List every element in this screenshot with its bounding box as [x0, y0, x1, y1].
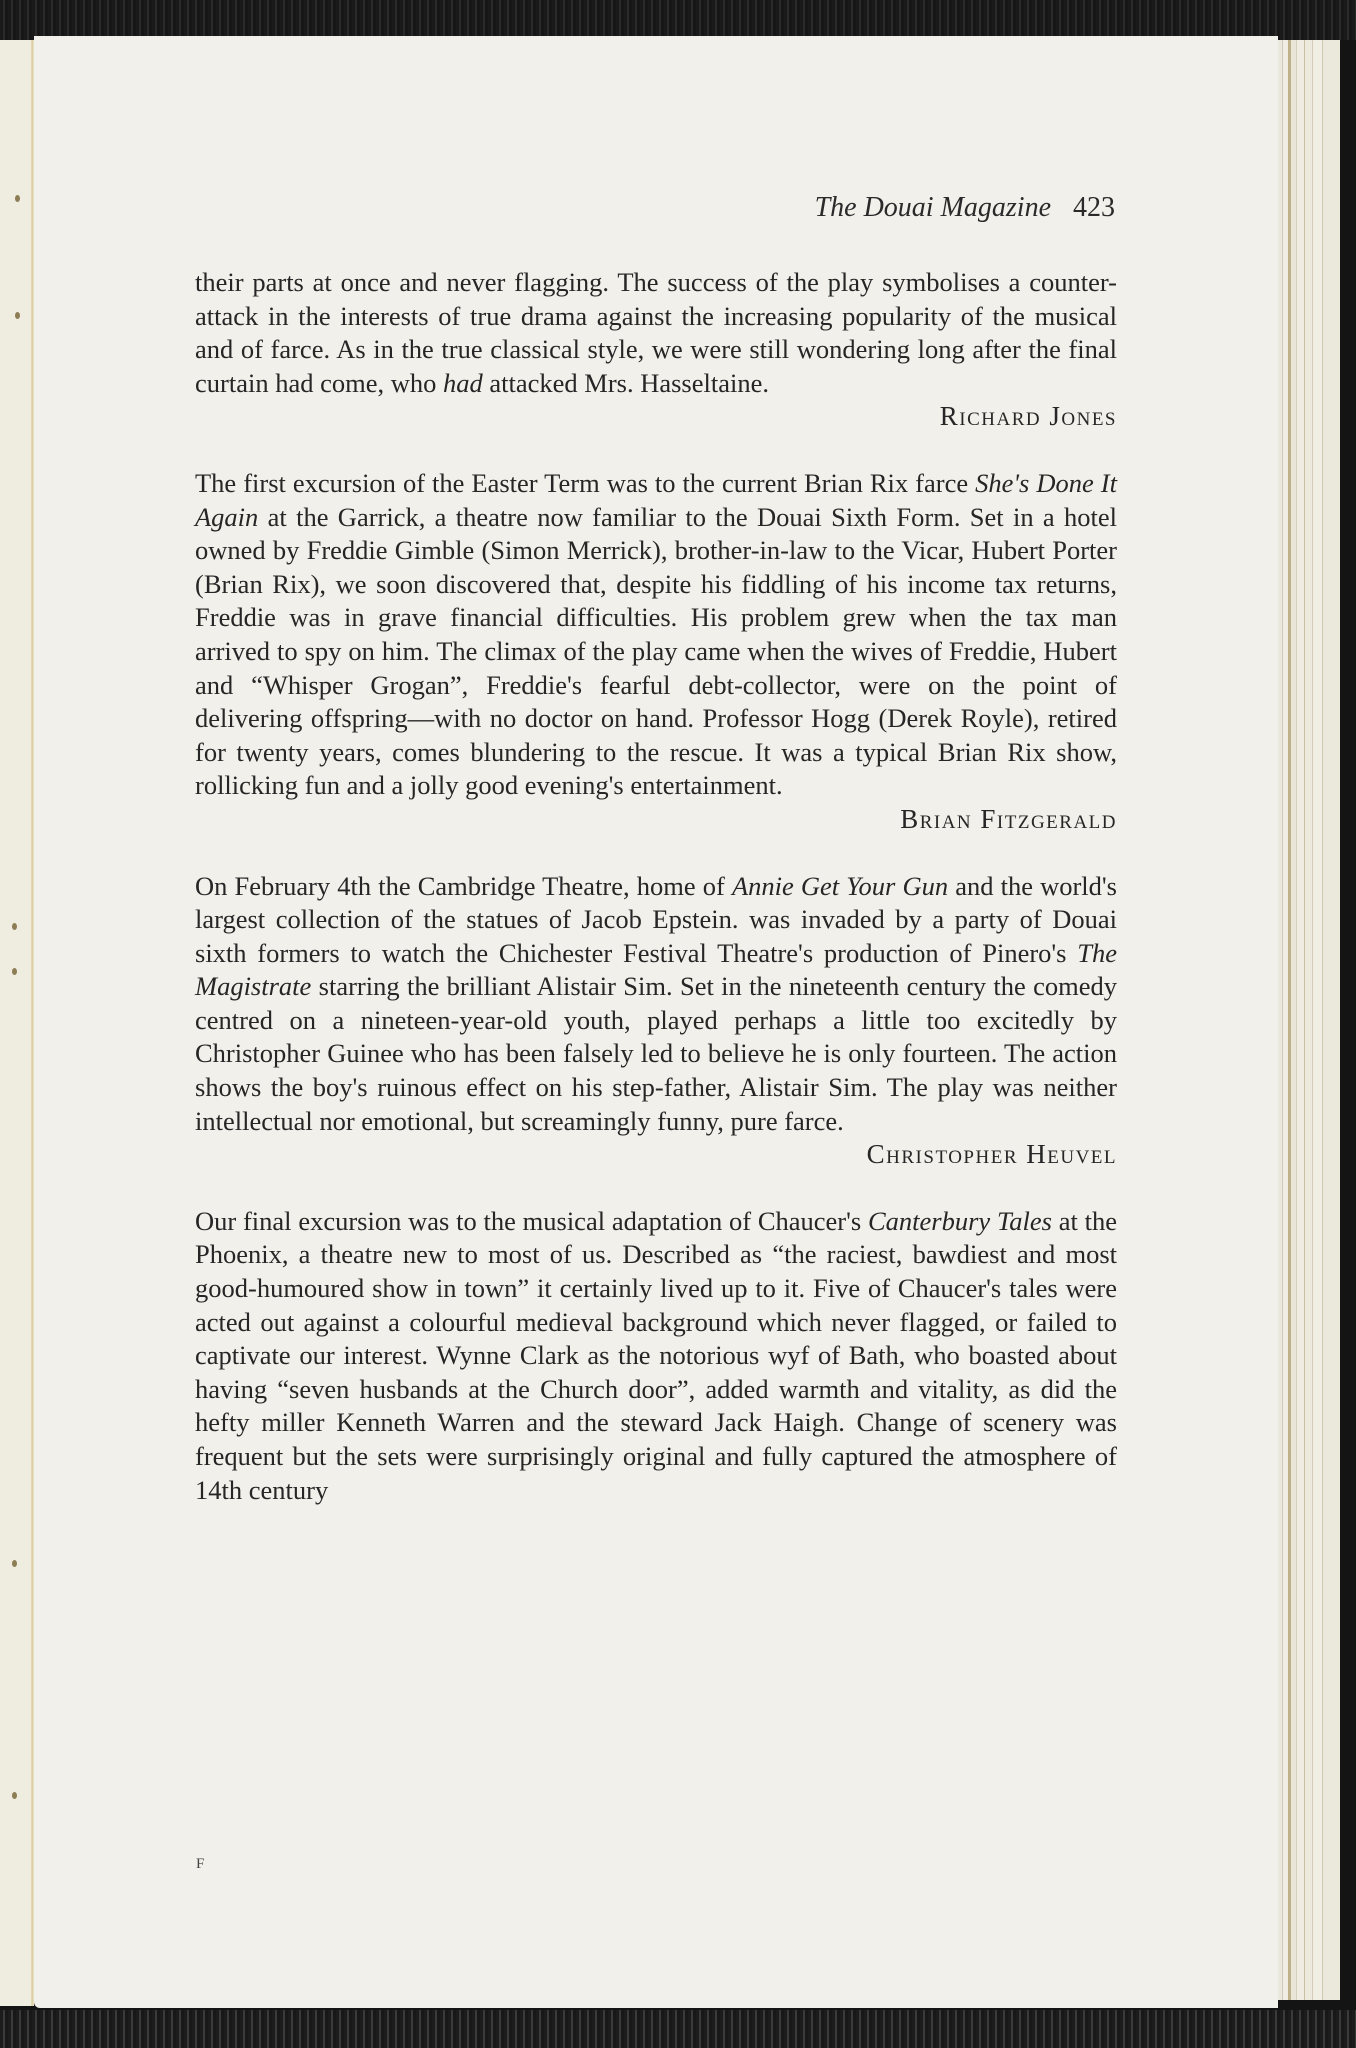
book-cover-bottom	[0, 2010, 1356, 2048]
page-edges	[1278, 40, 1340, 2000]
play-title: Canterbury Tales	[868, 1206, 1052, 1236]
binding-hole-icon	[15, 195, 20, 202]
text-run: starring the brilliant Alistair Sim. Set…	[195, 971, 1117, 1135]
text-column: their parts at once and never flagging. …	[195, 266, 1117, 1507]
paragraph-review-1: their parts at once and never flagging. …	[195, 266, 1117, 400]
author-signature: Christopher Heuvel	[195, 1138, 1117, 1172]
author-signature: Brian Fitzgerald	[195, 803, 1117, 837]
paragraph-review-3: On February 4th the Cambridge Theatre, h…	[195, 870, 1117, 1139]
running-head: The Douai Magazine423	[195, 192, 1115, 224]
paragraph-review-4: Our final excursion was to the musical a…	[195, 1205, 1117, 1507]
text-run: On February 4th the Cambridge Theatre, h…	[195, 871, 732, 901]
binding-hole-icon	[12, 1792, 17, 1799]
binding-hole-icon	[12, 968, 17, 975]
play-title: Annie Get Your Gun	[732, 871, 948, 901]
binding-hole-icon	[12, 1560, 17, 1567]
paragraph-review-2: The first excursion of the Easter Term w…	[195, 467, 1117, 803]
text-run: The first excursion of the Easter Term w…	[195, 468, 975, 498]
book-cover-top	[0, 0, 1356, 40]
binding-hole-icon	[15, 312, 20, 319]
page-number: 423	[1073, 192, 1115, 223]
facing-page-edge	[0, 40, 32, 2006]
text-run: at the Garrick, a theatre now familiar t…	[195, 502, 1117, 801]
emphasis-run: had	[443, 368, 483, 398]
text-run: Our final excursion was to the musical a…	[195, 1206, 868, 1236]
author-signature: Richard Jones	[195, 400, 1117, 434]
signature-mark: F	[196, 1856, 204, 1873]
binding-hole-icon	[12, 923, 17, 930]
text-run: at the Phoenix, a theatre new to most of…	[195, 1206, 1117, 1505]
magazine-title: The Douai Magazine	[815, 192, 1051, 223]
text-run: attacked Mrs. Hasseltaine.	[483, 368, 769, 398]
